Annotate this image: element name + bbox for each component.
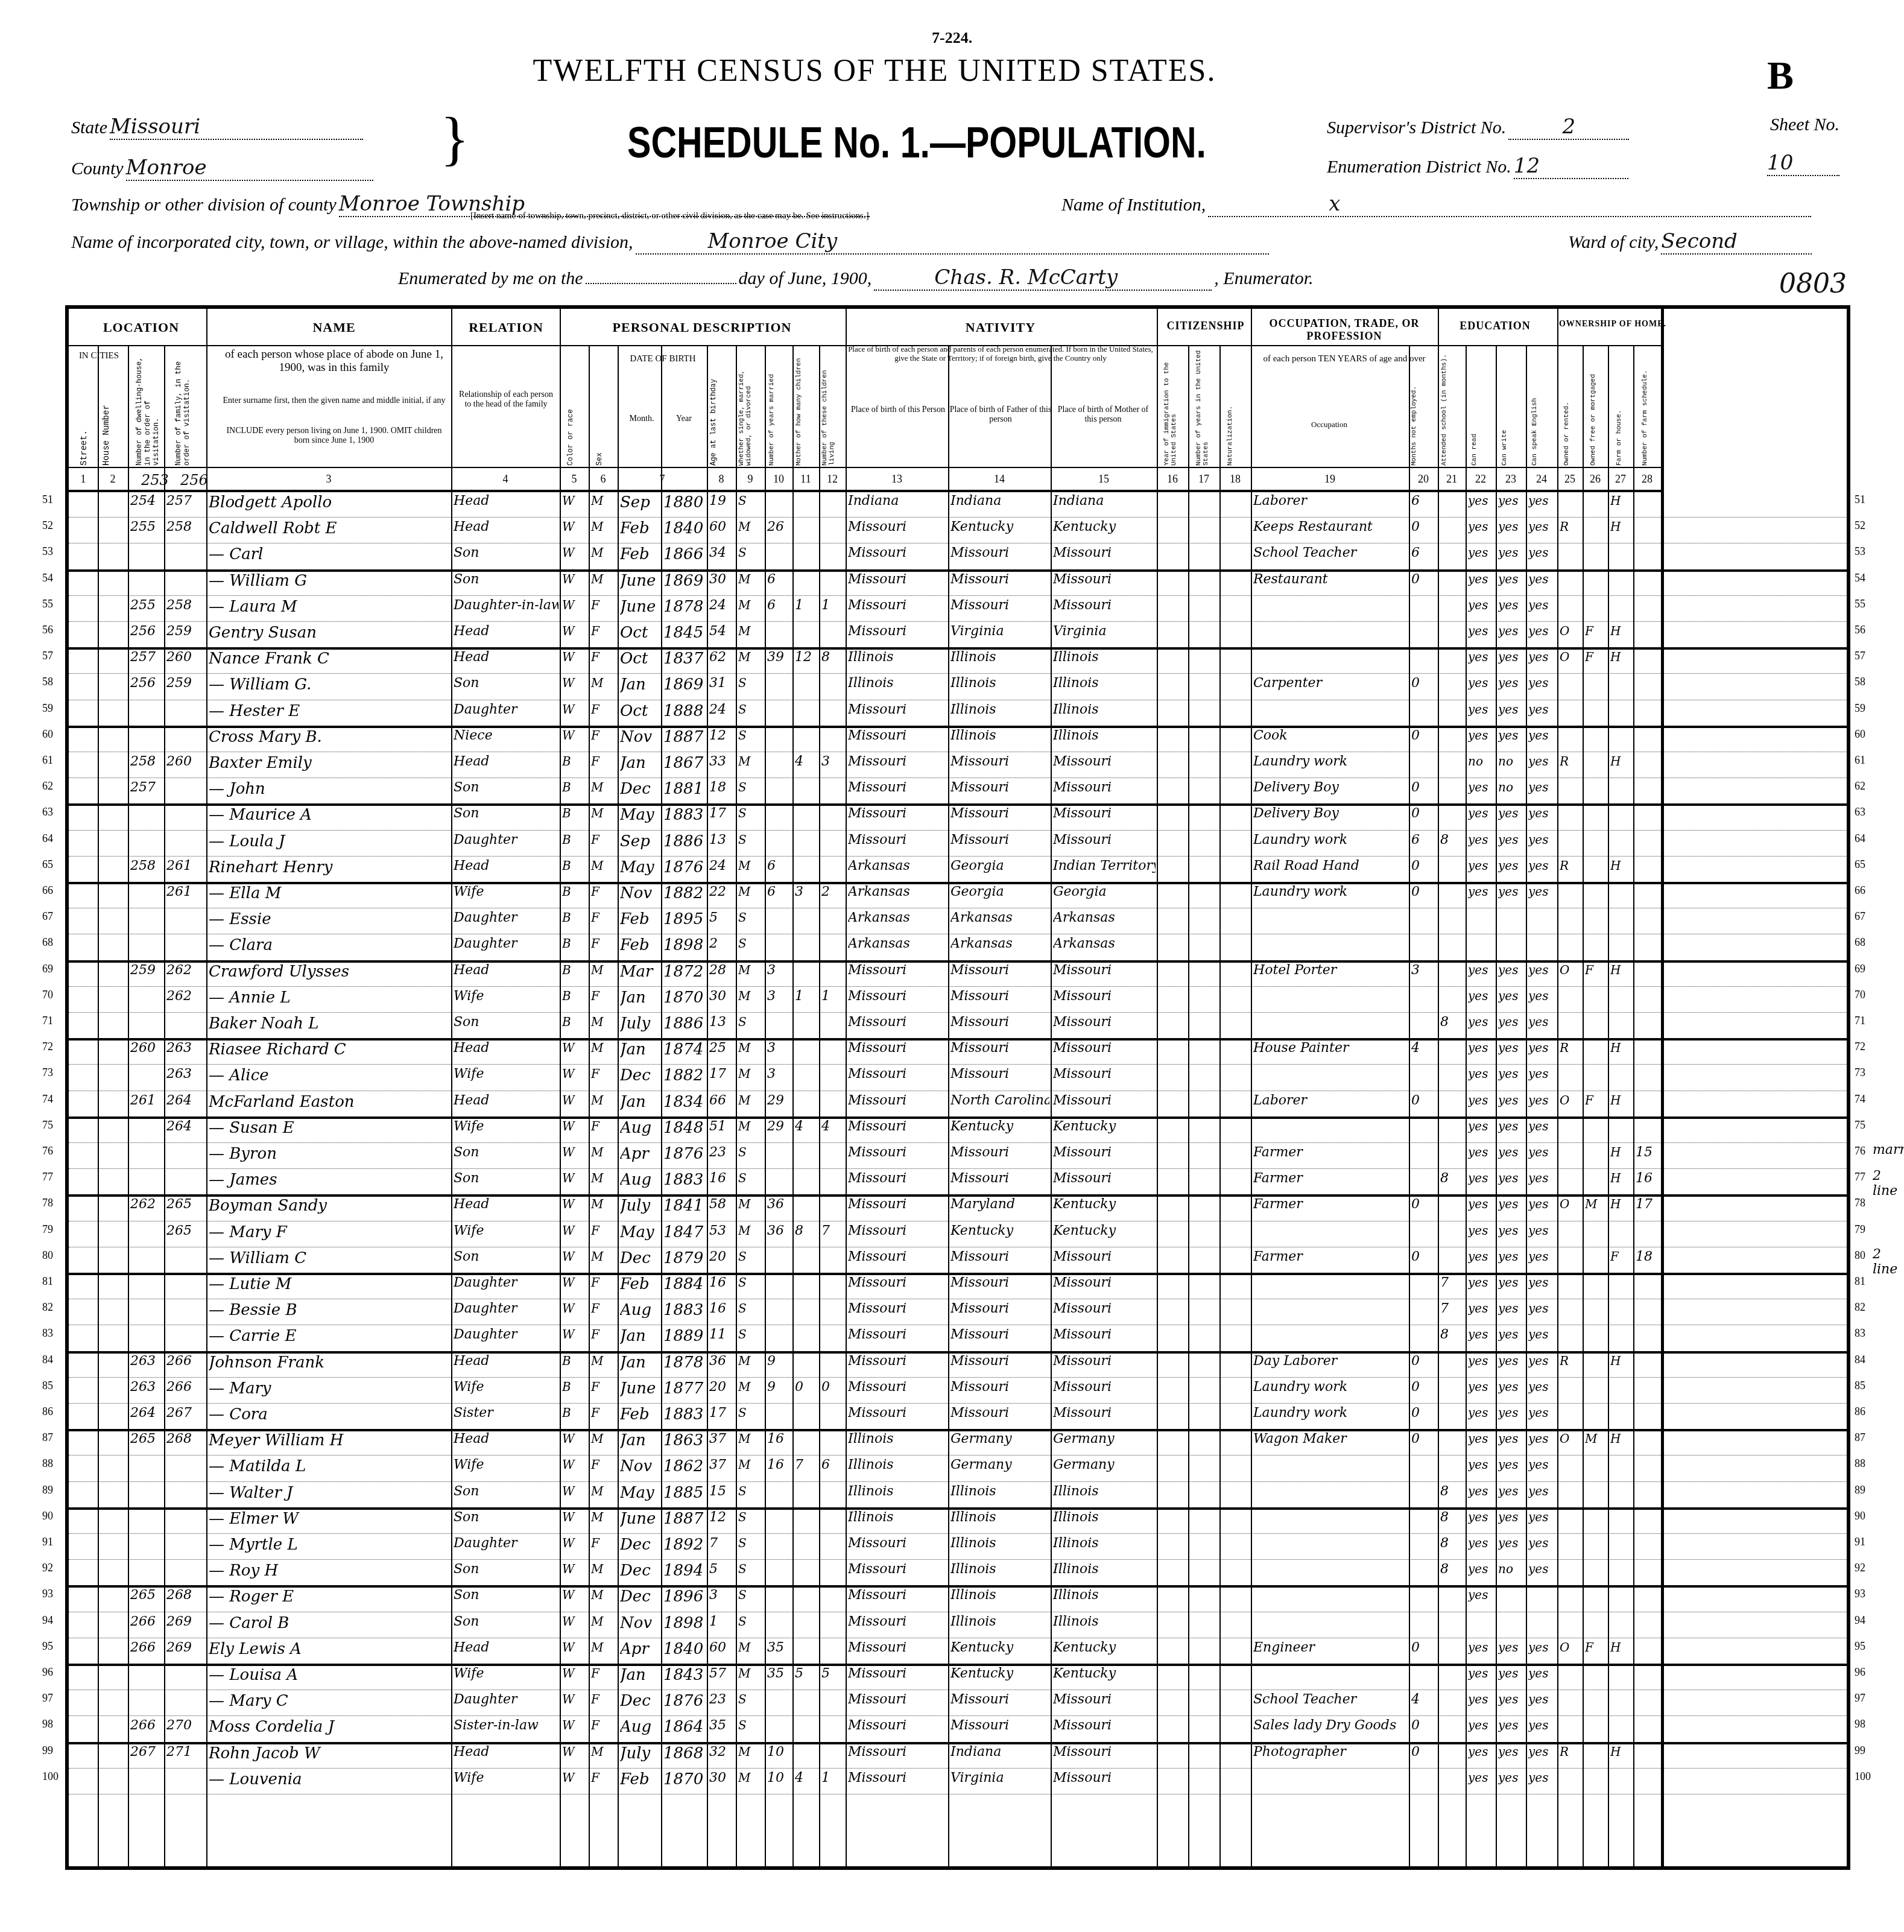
cell-pob: Missouri [848, 702, 947, 717]
name-desc: of each person whose place of abode on J… [223, 348, 446, 375]
cell-en: yes [1528, 1562, 1556, 1576]
cell-month: June [620, 1510, 660, 1528]
cell-fh: H [1610, 858, 1632, 873]
township-note: [Insert name of township, town, precinct… [470, 211, 869, 221]
cell-pobm: Missouri [1053, 598, 1156, 613]
cell-age: 17 [709, 806, 735, 821]
line-number: 63 [42, 806, 53, 819]
line-number: 86 [1855, 1405, 1865, 1418]
v-age: Age at last birthday [709, 357, 718, 466]
cell-occ: Day Laborer [1253, 1354, 1408, 1369]
form-number: 7-224. [932, 29, 972, 47]
line-number: 55 [1855, 598, 1865, 610]
cell-ch: 8 [821, 650, 844, 665]
cell-year: 1878 [663, 1354, 706, 1372]
cell-month: Aug [620, 1718, 660, 1736]
cell-rel: Niece [454, 728, 558, 743]
cell-sex: M [591, 963, 616, 977]
line-number: 83 [1855, 1327, 1865, 1340]
cell-rd: yes [1468, 1145, 1494, 1159]
cell-name: McFarland Easton [209, 1093, 450, 1111]
cell-year: 1882 [663, 884, 706, 902]
line-number: 53 [1855, 545, 1865, 558]
cell-color: W [562, 1588, 587, 1602]
table-row: Baker Noah LSonBMJuly188613SMissouriMiss… [69, 1012, 1847, 1040]
cell-color: W [562, 728, 587, 743]
cell-rel: Wife [454, 989, 558, 1004]
cell-ne: 6 [1411, 493, 1437, 508]
line-number: 100 [42, 1770, 59, 1783]
v-mother-of: Mother of how many children [795, 354, 803, 466]
cell-wr: yes [1498, 832, 1525, 847]
cell-year: 1883 [663, 1301, 706, 1319]
cell-color: W [562, 545, 587, 560]
table-row: — Mary CDaughterWFDec187623SMissouriMiss… [69, 1690, 1847, 1716]
year-label: Year [663, 414, 705, 424]
cell-fam: 264 [166, 1119, 205, 1134]
cell-rel: Daughter [454, 702, 558, 717]
cell-rel: Head [454, 754, 558, 769]
cell-sex: F [591, 702, 616, 717]
cell-name: — Carrie E [209, 1327, 450, 1345]
cell-ym: 6 [767, 884, 791, 899]
line-number: 89 [42, 1484, 53, 1497]
cell-name: Caldwell Robt E [209, 519, 450, 537]
cell-ym: 3 [767, 1066, 791, 1082]
table-row: — Maurice ASonBMMay188317SMissouriMissou… [69, 803, 1847, 830]
cell-ch: 1 [821, 989, 844, 1004]
cell-year: 1883 [663, 806, 706, 824]
cell-age: 30 [709, 1770, 735, 1785]
cell-ym: 29 [767, 1093, 791, 1108]
column-divider [736, 345, 737, 1866]
column-number: 26 [1583, 473, 1608, 486]
cell-age: 16 [709, 1275, 735, 1290]
cell-mar: S [738, 1301, 764, 1316]
cell-fam: 259 [166, 676, 205, 691]
cell-fs: 16 [1636, 1171, 1660, 1186]
cell-rel: Head [454, 1354, 558, 1369]
cell-dw: 265 [130, 1588, 163, 1603]
cell-age: 33 [709, 754, 735, 769]
cell-sch: 8 [1440, 1327, 1464, 1342]
cell-pob: Missouri [848, 624, 947, 639]
cell-occ: Laundry work [1253, 884, 1408, 899]
cell-en: yes [1528, 676, 1556, 690]
cell-en: yes [1528, 1770, 1556, 1785]
cell-sex: F [591, 1718, 616, 1732]
v-street: Street. [80, 393, 89, 466]
cell-pobm: Missouri [1053, 963, 1156, 978]
cell-pobm: Kentucky [1053, 519, 1156, 534]
cell-year: 1881 [663, 780, 706, 798]
cell-rel: Son [454, 1562, 558, 1577]
cell-pobm: Kentucky [1053, 1197, 1156, 1212]
cell-fh: F [1610, 1249, 1632, 1264]
line-number: 87 [42, 1431, 53, 1444]
cell-rd: yes [1468, 702, 1494, 717]
cell-pob: Arkansas [848, 936, 947, 951]
cell-name: — Maurice A [209, 806, 450, 824]
line-number: 81 [42, 1275, 53, 1288]
cell-dw: 255 [130, 598, 163, 613]
supervisor-district-label: Supervisor's District No. [1327, 118, 1506, 138]
table-row: — JamesSonWMAug188316SMissouriMissouriMi… [69, 1168, 1847, 1197]
cell-dw: 266 [130, 1640, 163, 1655]
cell-month: Aug [620, 1301, 660, 1319]
cell-ym: 9 [767, 1354, 791, 1369]
cell-fm: M [1585, 1431, 1607, 1446]
column-divider [765, 345, 766, 1866]
cell-rd: yes [1468, 806, 1494, 820]
column-divider [128, 345, 129, 1866]
cell-month: Mar [620, 963, 660, 981]
column-divider [1557, 309, 1558, 1866]
cell-month: June [620, 1379, 660, 1398]
table-row: 263266Johnson FrankHeadBMJan187836M9Miss… [69, 1351, 1847, 1378]
cell-wr: yes [1498, 1510, 1525, 1524]
cell-sex: M [591, 1640, 616, 1655]
cell-wr: yes [1498, 1066, 1525, 1081]
header-rule [69, 467, 1661, 468]
city-label: Name of incorporated city, town, or vill… [71, 232, 633, 252]
cell-pobm: Illinois [1053, 676, 1156, 691]
line-number: 91 [42, 1536, 53, 1548]
cell-age: 60 [709, 519, 735, 534]
cell-pobf: Kentucky [950, 1666, 1049, 1681]
cell-month: Feb [620, 1275, 660, 1293]
cell-mo: 12 [795, 650, 818, 665]
table-row: 265268Meyer William HHeadWMJan186337M16I… [69, 1429, 1847, 1455]
cell-year: 1868 [663, 1744, 706, 1763]
v-months-not-employed: Months not employed. [1411, 381, 1418, 466]
cell-wr: yes [1498, 1744, 1525, 1759]
cell-name: Crawford Ulysses [209, 963, 450, 981]
cell-occ: Restaurant [1253, 572, 1408, 587]
cell-rd: yes [1468, 1457, 1494, 1472]
cell-fam: 270 [166, 1718, 205, 1733]
cell-sex: F [591, 1457, 616, 1472]
cell-color: B [562, 936, 587, 951]
cell-age: 20 [709, 1249, 735, 1264]
cell-year: 1887 [663, 728, 706, 746]
cell-ym: 35 [767, 1666, 791, 1681]
enumerated-label: Enumerated by me on the [398, 268, 583, 288]
cell-ne: 6 [1411, 545, 1437, 560]
table-row: 265268— Roger ESonWMDec18963SMissouriIll… [69, 1585, 1847, 1612]
cell-rel: Daughter [454, 832, 558, 847]
cell-color: W [562, 1275, 587, 1290]
line-number: 81 [1855, 1275, 1865, 1288]
cell-rd: yes [1468, 1536, 1494, 1550]
cell-rel: Sister-in-law [454, 1718, 558, 1733]
column-divider [1661, 309, 1664, 1866]
cell-ne: 0 [1411, 519, 1437, 534]
column-number: 3 [206, 473, 451, 486]
cell-year: 1843 [663, 1666, 706, 1684]
cell-pobm: Illinois [1053, 650, 1156, 665]
cell-color: W [562, 1197, 587, 1211]
cell-age: 32 [709, 1744, 735, 1759]
cell-year: 1869 [663, 572, 706, 590]
cell-ch: 4 [821, 1119, 844, 1134]
line-number: 100 [1855, 1770, 1871, 1783]
cell-fam: 268 [166, 1588, 205, 1603]
city-field: Name of incorporated city, town, or vill… [71, 229, 1269, 255]
cell-mar: S [738, 1718, 764, 1732]
v-can-read: Can read [1471, 405, 1478, 466]
v-free-mortgaged: Owned free or mortgaged [1590, 345, 1597, 466]
cell-pob: Missouri [848, 1119, 947, 1134]
date-of-birth-label: DATE OF BIRTH [621, 354, 705, 364]
cell-pob: Missouri [848, 1015, 947, 1030]
cell-year: 1845 [663, 624, 706, 642]
cell-color: W [562, 676, 587, 690]
cell-rd: yes [1468, 519, 1494, 534]
line-number: 51 [42, 493, 53, 506]
line-number: 54 [1855, 572, 1865, 584]
table-row: — LouveniaWifeWFFeb187030M1041MissouriVi… [69, 1768, 1847, 1794]
cell-wr: yes [1498, 728, 1525, 743]
cell-color: W [562, 650, 587, 664]
line-number: 64 [1855, 832, 1865, 845]
cell-color: W [562, 1223, 587, 1238]
cell-en: yes [1528, 572, 1556, 586]
cell-mar: S [738, 1614, 764, 1629]
table-row: 264267— CoraSisterBFFeb188317SMissouriMi… [69, 1403, 1847, 1431]
column-number: 16 [1157, 473, 1188, 486]
cell-fam: 262 [166, 989, 205, 1004]
cell-year: 1878 [663, 598, 706, 616]
column-divider [846, 309, 847, 1866]
cell-occ: Laundry work [1253, 754, 1408, 769]
cell-own: R [1560, 754, 1581, 768]
cell-sch: 7 [1440, 1275, 1464, 1290]
cell-rel: Son [454, 1145, 558, 1160]
column-number: 20 [1409, 473, 1438, 486]
cell-wr: yes [1498, 1666, 1525, 1680]
cell-month: Sep [620, 493, 660, 512]
cell-rel: Son [454, 1015, 558, 1030]
line-number: 58 [1855, 676, 1865, 688]
cell-year: 1862 [663, 1457, 706, 1475]
line-number: 94 [1855, 1614, 1865, 1627]
cell-mar: M [738, 1066, 764, 1081]
line-number: 80 [42, 1249, 53, 1262]
cell-sex: M [591, 1431, 616, 1446]
cell-color: W [562, 493, 587, 508]
cell-en: yes [1528, 1457, 1556, 1472]
cell-pobm: Kentucky [1053, 1223, 1156, 1238]
cell-age: 37 [709, 1457, 735, 1472]
cell-pobf: Missouri [950, 545, 1049, 560]
column-divider [98, 345, 99, 1866]
table-row: — Myrtle LDaughterWFDec18927SMissouriIll… [69, 1533, 1847, 1560]
column-divider [707, 345, 708, 1866]
line-number: 73 [42, 1066, 53, 1079]
cell-mo: 8 [795, 1223, 818, 1238]
cell-sch: 8 [1440, 1510, 1464, 1525]
column-number: 12 [819, 473, 846, 486]
v-can-write: Can write [1501, 405, 1508, 466]
cell-sex: M [591, 858, 616, 873]
cell-month: June [620, 598, 660, 616]
cell-sch: 8 [1440, 1536, 1464, 1551]
cell-rel: Son [454, 1484, 558, 1499]
cell-age: 5 [709, 1562, 735, 1577]
cell-pob: Arkansas [848, 910, 947, 925]
cell-occ: Farmer [1253, 1249, 1408, 1264]
enumerator-value: Chas. R. McCarty [874, 265, 1212, 291]
cell-en: yes [1528, 989, 1556, 1003]
cell-color: W [562, 1666, 587, 1680]
line-number: 96 [1855, 1666, 1865, 1679]
cell-name: — Mary [209, 1379, 450, 1398]
cell-pobf: Missouri [950, 963, 1049, 978]
cell-mar: M [738, 1379, 764, 1394]
cell-rd: yes [1468, 884, 1494, 899]
cell-age: 22 [709, 884, 735, 899]
cell-en: yes [1528, 702, 1556, 717]
cell-sex: M [591, 1093, 616, 1107]
cell-pobf: Illinois [950, 1484, 1049, 1499]
cell-age: 23 [709, 1692, 735, 1707]
cell-pobm: Missouri [1053, 1718, 1156, 1733]
cell-pobm: Missouri [1053, 1379, 1156, 1395]
cell-mar: S [738, 1015, 764, 1029]
cell-name: Meyer William H [209, 1431, 450, 1449]
cell-month: Jan [620, 1327, 660, 1345]
cell-pobm: Missouri [1053, 545, 1156, 560]
cell-mar: S [738, 1484, 764, 1498]
cell-age: 31 [709, 676, 735, 691]
cell-wr: yes [1498, 1275, 1525, 1290]
cell-pob: Missouri [848, 754, 947, 769]
sheet-value: 10 [1767, 151, 1839, 176]
cell-rd: yes [1468, 780, 1494, 794]
cell-color: W [562, 1431, 587, 1446]
cell-occ: Carpenter [1253, 676, 1408, 691]
cell-color: W [562, 1093, 587, 1107]
cell-sex: F [591, 1692, 616, 1706]
cell-month: Dec [620, 1692, 660, 1710]
table-row: — Elmer WSonWMJune188712SIllinoisIllinoi… [69, 1507, 1847, 1534]
cell-color: W [562, 1744, 587, 1759]
cell-mar: S [738, 780, 764, 794]
table-row: — William CSonWMDec187920SMissouriMissou… [69, 1247, 1847, 1275]
cell-en: yes [1528, 1040, 1556, 1055]
line-number: 78 [1855, 1197, 1865, 1209]
cell-color: W [562, 598, 587, 612]
cell-name: — Elmer W [209, 1510, 450, 1528]
cell-name: — Loula J [209, 832, 450, 850]
line-number: 70 [1855, 989, 1865, 1001]
header-rule [69, 345, 1661, 346]
cell-year: 1870 [663, 1770, 706, 1788]
header-rule [69, 490, 1661, 492]
cell-pobf: Missouri [950, 989, 1049, 1004]
cell-color: B [562, 910, 587, 925]
cell-fh: H [1610, 1040, 1632, 1055]
cell-name: — William G. [209, 676, 450, 694]
cell-mar: S [738, 1405, 764, 1420]
line-number: 73 [1855, 1066, 1865, 1079]
cell-ym: 35 [767, 1640, 791, 1655]
line-number: 63 [1855, 806, 1865, 819]
enumerator-label: , Enumerator. [1214, 268, 1313, 288]
cell-wr: yes [1498, 989, 1525, 1003]
cell-own: O [1560, 1093, 1581, 1107]
line-number: 80 [1855, 1249, 1865, 1262]
cell-en: yes [1528, 728, 1556, 743]
cell-pob: Missouri [848, 1640, 947, 1655]
supervisor-district-value: 2 [1508, 115, 1629, 140]
line-number: 90 [1855, 1510, 1865, 1522]
cell-year: 1889 [663, 1327, 706, 1345]
cell-color: B [562, 832, 587, 847]
column-number: 19 [1251, 473, 1409, 486]
cell-sex: F [591, 1223, 616, 1238]
table-row: — Loula JDaughterBFSep188613SMissouriMis… [69, 830, 1847, 857]
cell-fh: H [1610, 1197, 1632, 1211]
enumerated-field: Enumerated by me on the day of June, 190… [398, 265, 1314, 291]
cell-ym: 16 [767, 1457, 791, 1472]
cell-year: 1848 [663, 1119, 706, 1137]
cell-occ: School Teacher [1253, 1692, 1408, 1707]
cell-rel: Wife [454, 1457, 558, 1472]
cell-dw: 258 [130, 754, 163, 769]
cell-year: 1876 [663, 1145, 706, 1163]
birth-father-label: Place of birth of Father of this person [949, 405, 1052, 425]
cell-fh: H [1610, 1145, 1632, 1159]
cell-age: 58 [709, 1197, 735, 1212]
cell-sex: F [591, 754, 616, 768]
cell-wr: no [1498, 1562, 1525, 1576]
cell-age: 1 [709, 1614, 735, 1629]
cell-name: Gentry Susan [209, 624, 450, 642]
line-number: 56 [42, 624, 53, 636]
table-row: — EssieDaughterBFFeb18955SArkansasArkans… [69, 908, 1847, 934]
cell-mar: S [738, 728, 764, 743]
cell-pobf: Kentucky [950, 1223, 1049, 1238]
cell-age: 18 [709, 780, 735, 795]
cell-pobf: Georgia [950, 858, 1049, 873]
cell-pobf: Virginia [950, 624, 1049, 639]
line-number: 95 [42, 1640, 53, 1653]
cell-pob: Missouri [848, 1562, 947, 1577]
line-number: 92 [42, 1562, 53, 1574]
cell-occ: Hotel Porter [1253, 963, 1408, 978]
cell-age: 54 [709, 624, 735, 639]
cell-pobm: Kentucky [1053, 1119, 1156, 1134]
cell-pob: Illinois [848, 1510, 947, 1525]
cell-sex: F [591, 1327, 616, 1341]
enumerated-day-label: day of June, 1900, [739, 268, 872, 288]
cell-month: Nov [620, 884, 660, 902]
line-number: 52 [42, 519, 53, 532]
column-number: 28 [1633, 473, 1661, 486]
line-number: 96 [42, 1666, 53, 1679]
cell-month: Jan [620, 1354, 660, 1372]
cell-en: yes [1528, 1223, 1556, 1238]
cell-pobm: Illinois [1053, 702, 1156, 717]
cell-color: B [562, 884, 587, 899]
cell-sex: F [591, 1536, 616, 1550]
cell-name: — Myrtle L [209, 1536, 450, 1554]
cell-dw: 257 [130, 780, 163, 795]
cell-month: Nov [620, 728, 660, 746]
line-number: 90 [42, 1510, 53, 1522]
